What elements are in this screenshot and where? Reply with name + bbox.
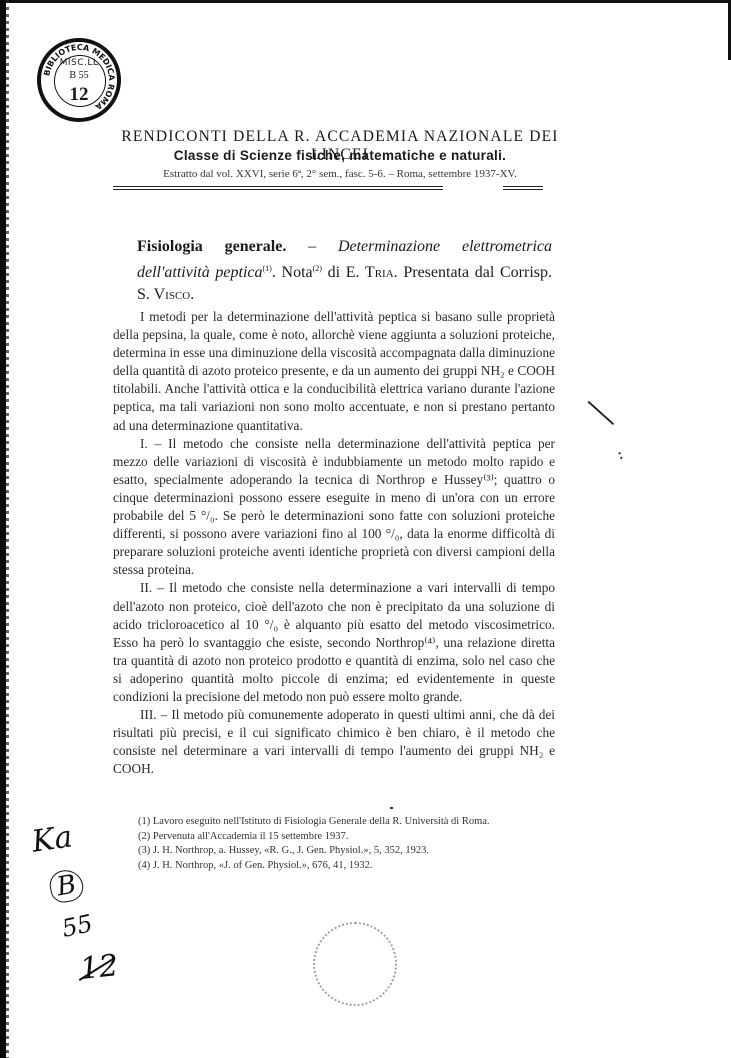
journal-class: Classe di Scienze fisiche, matematiche e… (100, 148, 580, 163)
article-body: I metodi per la determinazione dell'atti… (113, 308, 555, 778)
section-name: Fisiologia generale. (137, 238, 286, 255)
footnote-3: (3) J. H. Northrop, a. Hussey, «R. G., J… (138, 844, 558, 859)
footnote-ref-1: (1) (263, 264, 272, 273)
scan-top-edge (0, 0, 731, 3)
stray-mark (588, 401, 614, 425)
paragraph-method-3: III. – Il metodo più comunemente adopera… (113, 706, 555, 778)
handwritten-shelf-number: 55 (59, 909, 95, 943)
header-double-rule (113, 186, 443, 190)
stray-mark-dots (618, 452, 623, 462)
footnote-mark (390, 807, 393, 809)
library-stamp: BIBLIOTECA MEDICA ROMA MISC.LL B 55 12 (37, 38, 121, 122)
handwritten-item-number: 12 (78, 948, 120, 987)
article-heading: Fisiologia generale. – Determinazione el… (137, 236, 552, 306)
article-presenter: S. Visco (137, 286, 190, 303)
stamp-item-number: 12 (41, 84, 117, 106)
journal-extract-info: Estratto dal vol. XXVI, serie 6ª, 2° sem… (100, 168, 580, 180)
stamp-shelf-number: B 55 (41, 70, 117, 81)
paragraph-method-1: I. – Il metodo che consiste nella determ… (113, 435, 555, 580)
faded-stamp (313, 922, 397, 1006)
article-author: E. Tria (346, 264, 394, 281)
footnote-1: (1) Lavoro eseguito nell'Istituto di Fis… (138, 815, 558, 830)
stamp-shelf: MISC.LL (41, 58, 117, 68)
header-double-rule-right (503, 186, 543, 190)
footnote-2: (2) Pervenuta all'Accademia il 15 settem… (138, 830, 558, 845)
footnotes: (1) Lavoro eseguito nell'Istituto di Fis… (138, 815, 558, 873)
paragraph-method-2: II. – Il metodo che consiste nella deter… (113, 579, 555, 706)
handwritten-circled-letter: B (47, 867, 85, 904)
footnote-4: (4) J. H. Northrop, «J. of Gen. Physiol.… (138, 859, 558, 874)
footnote-ref-2: (2) (313, 264, 322, 273)
handwritten-initials: Ka (30, 819, 75, 859)
paragraph-intro: I metodi per la determinazione dell'atti… (113, 308, 555, 435)
scan-left-edge-noise (6, 0, 9, 1058)
